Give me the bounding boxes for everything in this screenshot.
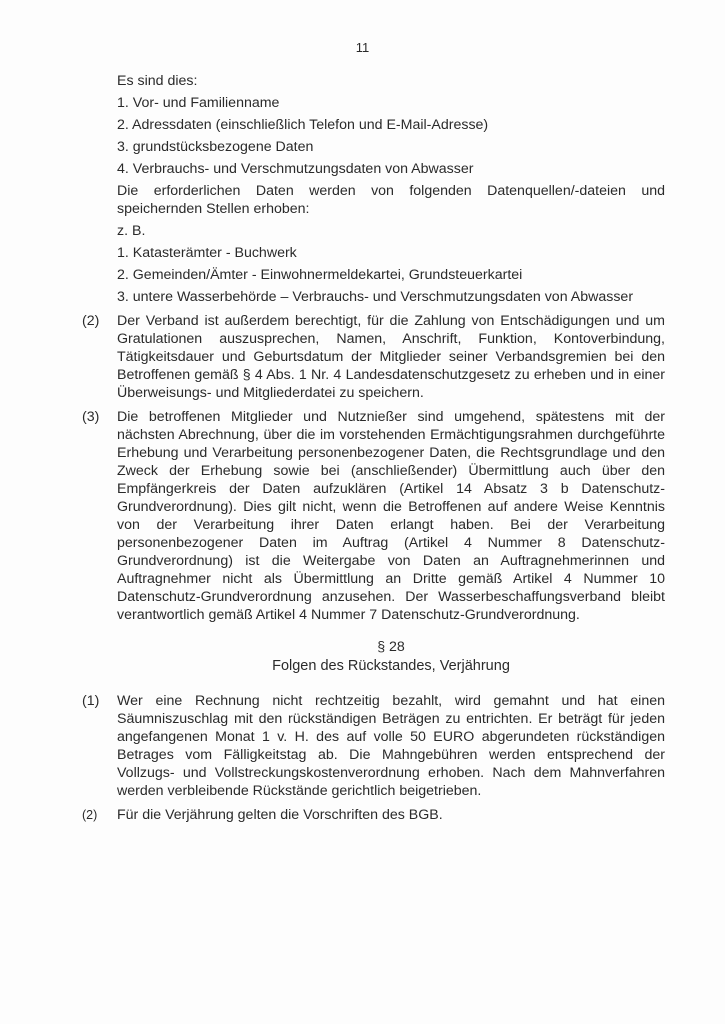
paragraph-text: Wer eine Rechnung nicht rechtzeitig beza… [117,692,665,800]
sources-intro: Die erforderlichen Daten werden von folg… [117,182,665,218]
paragraph-2: (2) Der Verband ist außerdem berechtigt,… [82,312,665,402]
source-item: 3. untere Wasserbehörde – Verbrauchs- un… [117,288,665,306]
section-heading: § 28 Folgen des Rückstandes, Verjährung [117,638,665,676]
paragraph-number: (2) [82,806,117,824]
paragraph-text: Für die Verjährung gelten die Vorschrift… [117,806,665,824]
section-number: § 28 [117,638,665,657]
paragraph-3: (3) Die betroffenen Mitglieder und Nutzn… [82,408,665,624]
section-28-paragraph-1: (1) Wer eine Rechnung nicht rechtzeitig … [82,692,665,800]
page-number: 11 [0,40,725,55]
data-type-item: 1. Vor- und Familienname [117,94,665,112]
paragraph-text: Der Verband ist außerdem berechtigt, für… [117,312,665,402]
intro-text: Es sind dies: [117,72,665,90]
paragraph-number: (3) [82,408,117,624]
section-28-paragraph-2: (2) Für die Verjährung gelten die Vorsch… [82,806,665,824]
paragraph-number: (2) [82,312,117,402]
paragraph-text: Die betroffenen Mitglieder und Nutznieße… [117,408,665,624]
document-body: Es sind dies: 1. Vor- und Familienname 2… [82,72,665,830]
data-type-item: 4. Verbrauchs- und Verschmutzungsdaten v… [117,160,665,178]
source-item: 1. Katasterämter - Buchwerk [117,244,665,262]
example-label: z. B. [117,222,665,240]
paragraph-number: (1) [82,692,117,800]
section-title: Folgen des Rückstandes, Verjährung [117,657,665,676]
source-item: 2. Gemeinden/Ämter - Einwohnermeldekarte… [117,266,665,284]
data-type-item: 3. grundstücksbezogene Daten [117,138,665,156]
data-type-item: 2. Adressdaten (einschließlich Telefon u… [117,116,665,134]
